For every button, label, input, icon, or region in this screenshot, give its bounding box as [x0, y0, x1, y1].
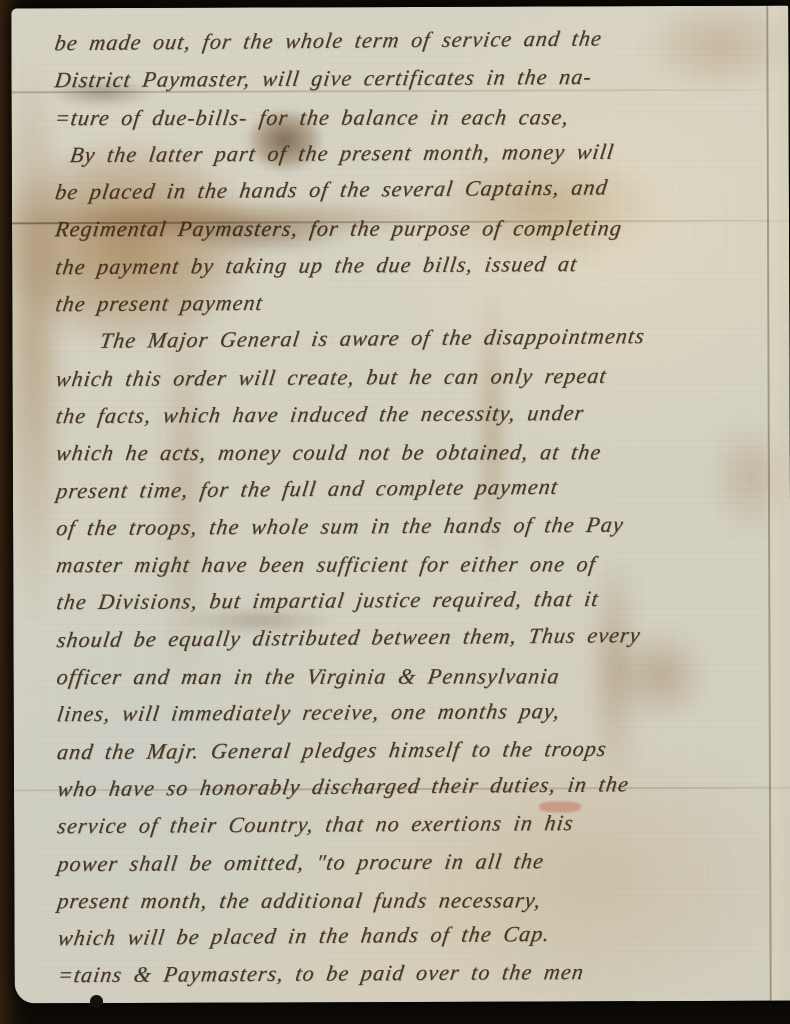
manuscript-line: which this order will create, but he can…: [53, 362, 773, 404]
manuscript-line: and the Majr. General pledges himself to…: [54, 734, 774, 776]
manuscript-line: who have so honorably discharged their d…: [54, 770, 775, 814]
manuscript-line: be placed in the hands of the several Ca…: [52, 173, 773, 217]
manuscript-line: =tains & Paymasters, to be paid over to …: [55, 958, 775, 1000]
manuscript-line: present time, for the full and complete …: [53, 472, 774, 516]
manuscript-line: service of their Country, that no exerti…: [54, 809, 774, 851]
manuscript-line: lines, will immediately receive, one mon…: [54, 697, 774, 739]
manuscript-line: of the troops, the whole sum in the hand…: [53, 511, 773, 553]
manuscript-page: be made out, for the whole term of servi…: [11, 6, 790, 1004]
manuscript-line: The Major General is aware of the disapp…: [53, 322, 774, 366]
manuscript-line: officer and man in the Virginia & Pennsy…: [54, 663, 774, 702]
manuscript-line: be made out, for the whole term of servi…: [51, 24, 772, 68]
manuscript-text: be made out, for the whole term of servi…: [51, 28, 769, 1000]
manuscript-line: Regimental Paymasters, for the purpose o…: [52, 215, 772, 254]
manuscript-line: the Divisions, but impartial justice req…: [53, 585, 773, 627]
manuscript-line: District Paymaster, will give certificat…: [52, 63, 772, 105]
manuscript-line: power shall be omitted, "to procure in a…: [54, 846, 774, 888]
manuscript-line: should be equally distributed between th…: [54, 621, 775, 665]
photo-background: be made out, for the whole term of servi…: [0, 0, 790, 1024]
manuscript-line: which will be placed in the hands of the…: [55, 919, 776, 963]
manuscript-line: the payment by taking up the due bills, …: [52, 250, 772, 292]
manuscript-line: master might have been sufficient for ei…: [53, 551, 773, 590]
manuscript-line: =ture of due-bills- for the balance in e…: [52, 104, 772, 143]
manuscript-line: the facts, which have induced the necess…: [53, 399, 773, 441]
